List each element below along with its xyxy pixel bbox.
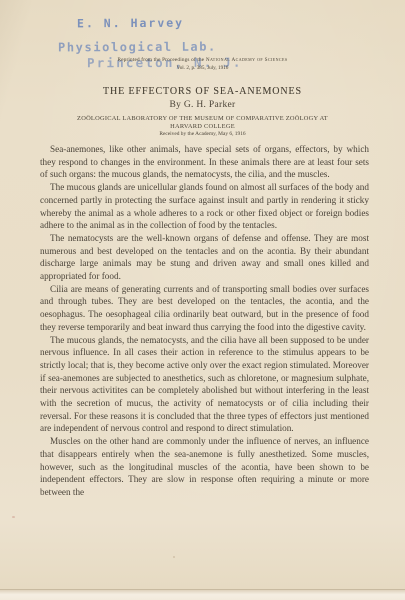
body-paragraph: The mucous glands, the nematocysts, and … bbox=[40, 334, 369, 436]
stamp-line-owner: E. N. Harvey bbox=[77, 16, 184, 31]
document-page: E. N. Harvey Physiological Lab. Princeto… bbox=[0, 0, 405, 590]
reprint-source-journal: National Academy of Sciences bbox=[206, 57, 288, 63]
reprint-source-line: Reprinted from the Proceedings of the Na… bbox=[0, 57, 405, 64]
article-body: Sea-anemones, like other animals, have s… bbox=[40, 143, 369, 499]
reprint-notice: Reprinted from the Proceedings of the Na… bbox=[0, 57, 405, 72]
received-date-line: Received by the Academy, May 6, 1916 bbox=[0, 131, 405, 137]
body-paragraph: The mucous glands are unicellular glands… bbox=[40, 181, 369, 232]
body-paragraph: Muscles on the other hand are commonly u… bbox=[40, 435, 369, 499]
body-paragraph: Cilia are means of generating currents a… bbox=[40, 283, 369, 334]
affiliation-line-2: HARVARD COLLEGE bbox=[0, 123, 405, 130]
reprint-volume-line: Vol. 2, p. 385, July, 1916 bbox=[0, 65, 405, 72]
paper-speck bbox=[12, 516, 15, 518]
author-byline: By G. H. Parker bbox=[0, 100, 405, 110]
body-paragraph: Sea-anemones, like other animals, have s… bbox=[40, 143, 369, 181]
scanned-document-photo: E. N. Harvey Physiological Lab. Princeto… bbox=[0, 0, 405, 600]
page-title: THE EFFECTORS OF SEA-ANEMONES bbox=[0, 86, 405, 97]
paper-speck bbox=[173, 556, 175, 558]
reprint-source-prefix: Reprinted from the Proceedings of the bbox=[118, 57, 206, 63]
page-bottom-edge bbox=[0, 590, 405, 600]
affiliation-line-1: ZOÖLOGICAL LABORATORY OF THE MUSEUM OF C… bbox=[0, 115, 405, 122]
stamp-line-lab: Physiological Lab. bbox=[58, 40, 217, 55]
body-paragraph: The nematocysts are the well-known organ… bbox=[40, 232, 369, 283]
